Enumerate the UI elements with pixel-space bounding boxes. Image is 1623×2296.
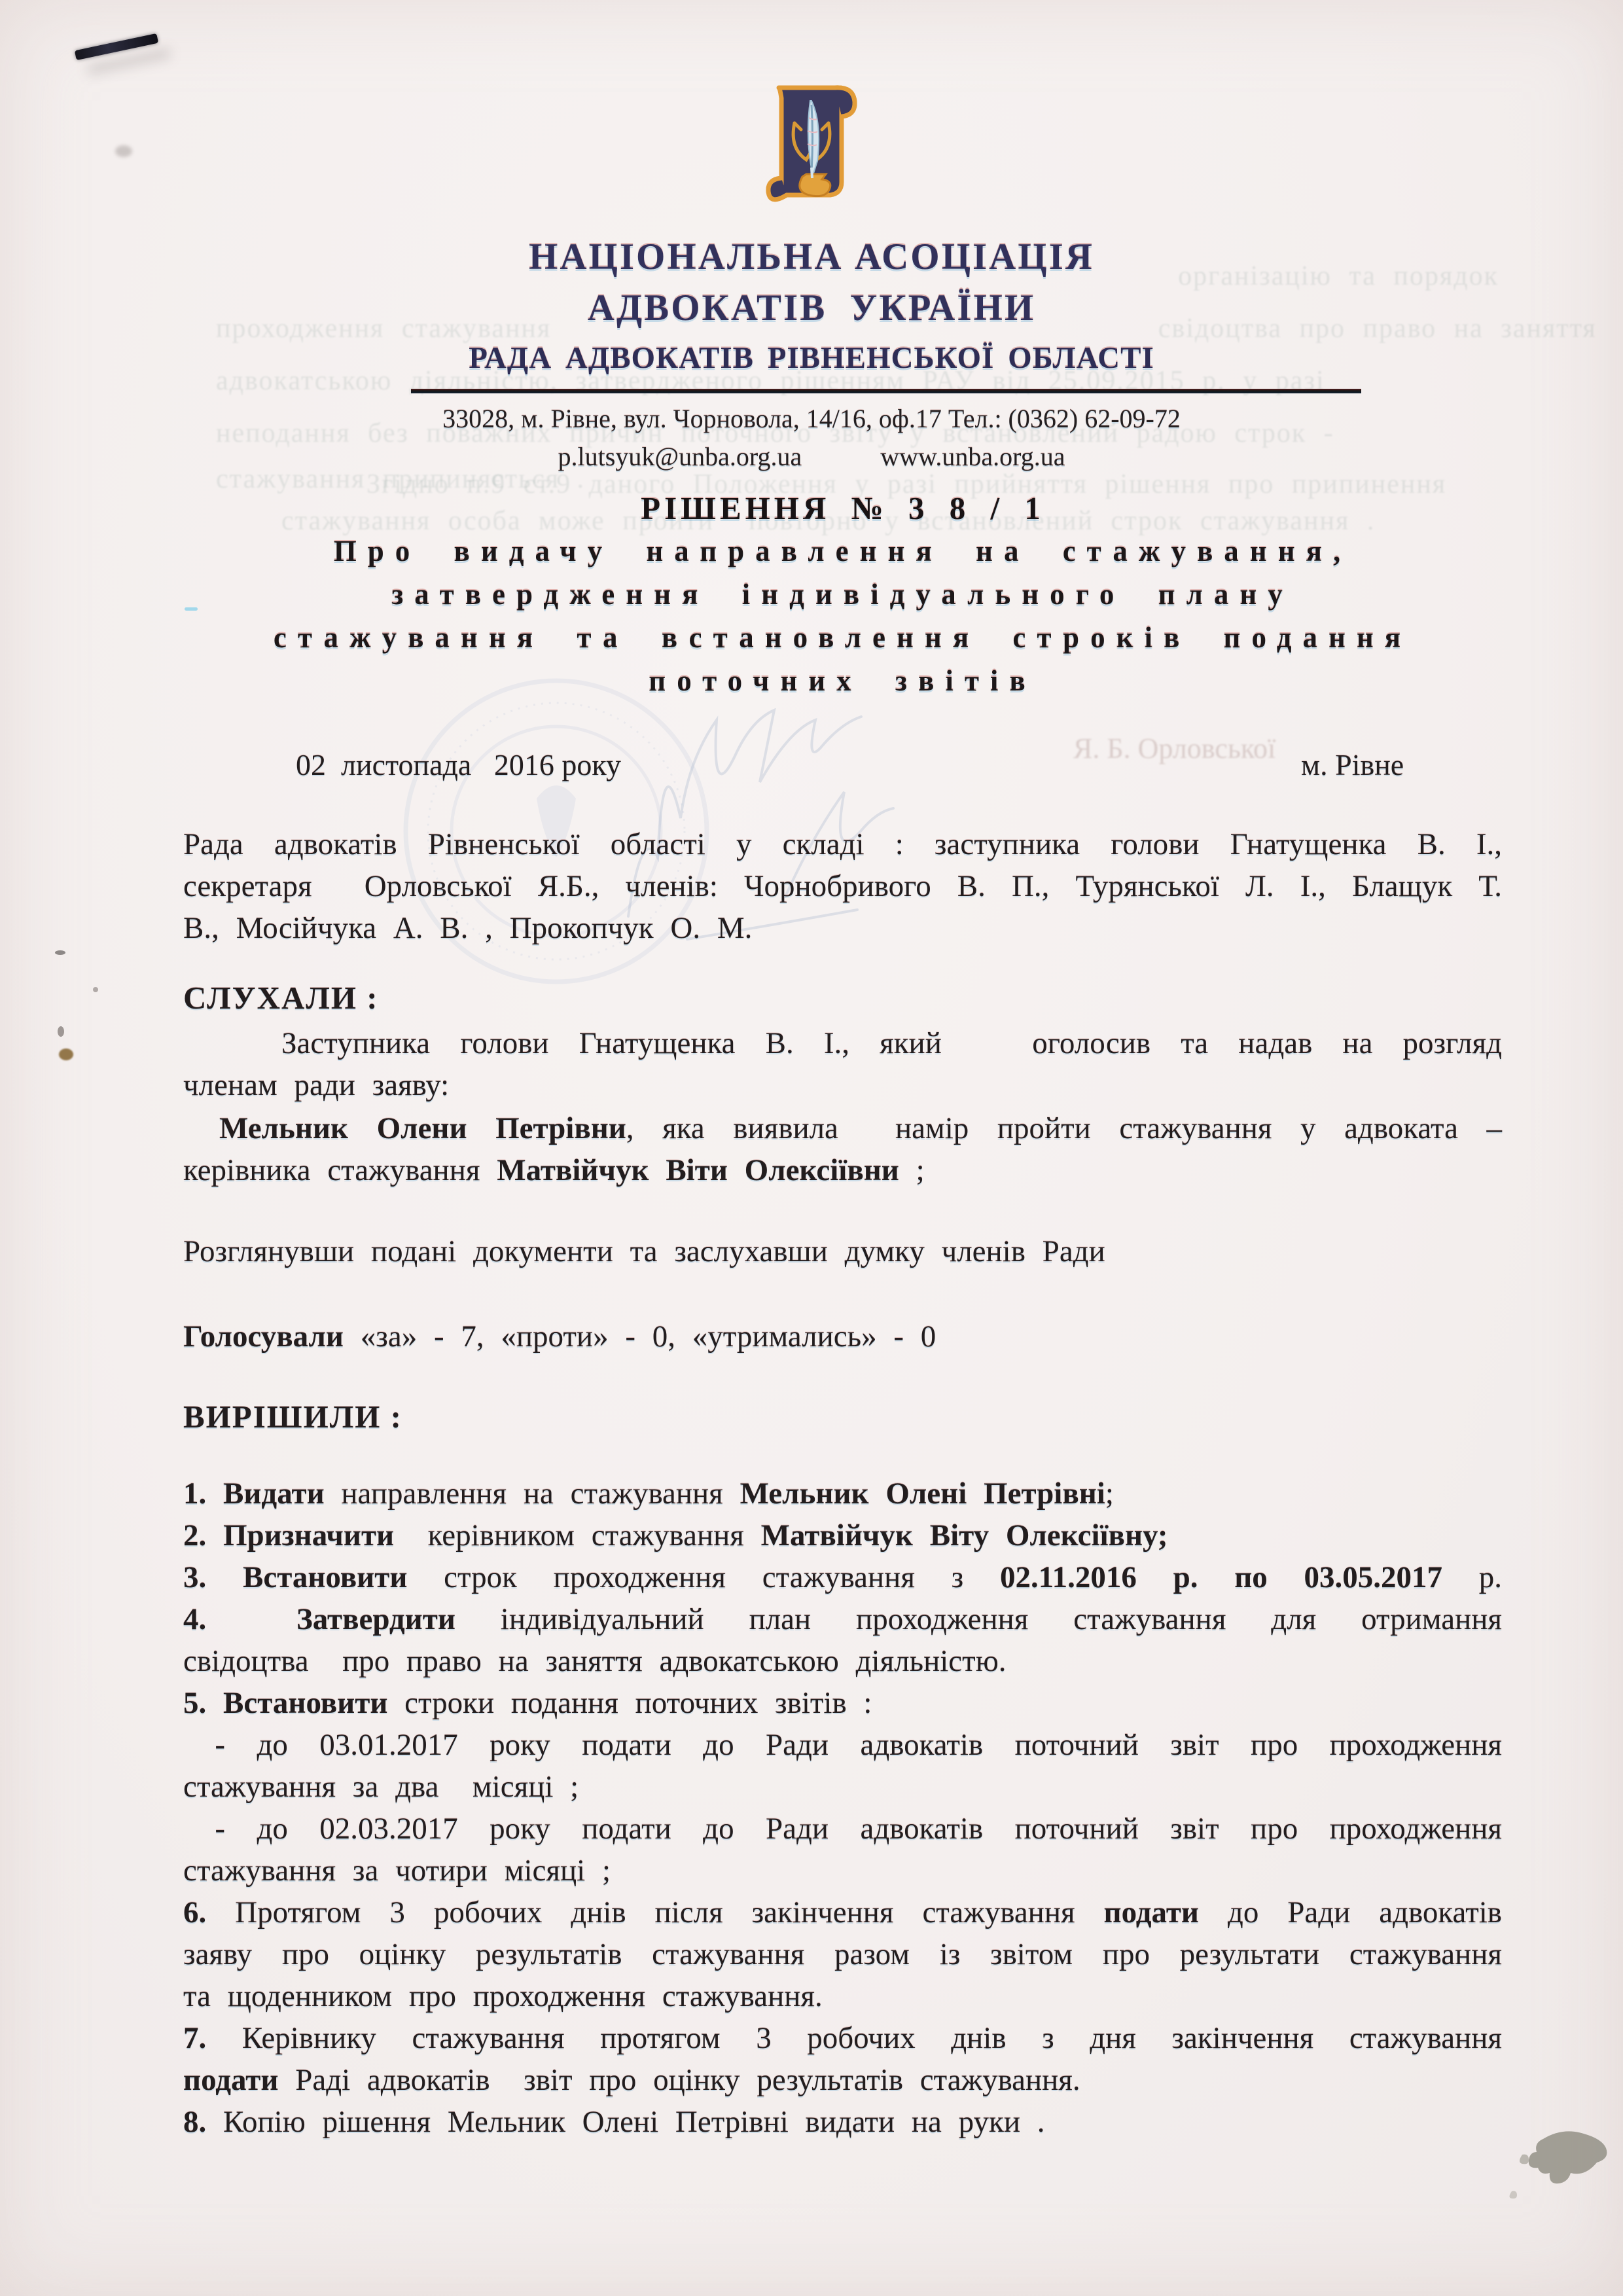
resolution-line: свідоцтва про право на заняття адвокатсь… [183, 1640, 1502, 1682]
dust-speck [185, 607, 198, 611]
header-divider [411, 389, 1361, 393]
resolution-line: 5. Встановити строки подання поточних зв… [183, 1682, 1502, 1724]
dust-speck [55, 950, 65, 955]
decision-subject-line: поточних звітів [183, 664, 1502, 698]
pen-mark [75, 33, 158, 60]
org-name-line3: РАДА АДВОКАТІВ РІВНЕНСЬКОЇ ОБЛАСТІ [0, 340, 1623, 376]
resolution-line: 2. Призначити керівником стажування Матв… [183, 1515, 1502, 1556]
resolution-line: стажування за два місяці ; [183, 1766, 1502, 1808]
heard-paragraph-1: Заступника голови Гнатущенка В. І., який… [183, 1022, 1502, 1106]
dust-speck [59, 1049, 73, 1060]
paragraph-line: Голосували «за» - 7, «проти» - 0, «утрим… [183, 1316, 1502, 1357]
resolution-line: - до 03.01.2017 року подати до Ради адво… [183, 1724, 1502, 1766]
resolution-line: подати Раді адвокатів звіт про оцінку ре… [183, 2059, 1502, 2101]
paragraph-line: членам ради заяву: [183, 1064, 1502, 1106]
resolution-line: - до 02.03.2017 року подати до Ради адво… [183, 1808, 1502, 1850]
unba-emblem-icon [754, 79, 870, 215]
considered-paragraph: Розглянувши подані документи та заслухав… [183, 1230, 1502, 1272]
paragraph-line: Розглянувши подані документи та заслухав… [183, 1230, 1502, 1272]
org-name-line1: НАЦІОНАЛЬНА АСОЦІАЦІЯ [0, 236, 1623, 278]
resolution-line: 1. Видати направлення на стажування Мель… [183, 1473, 1502, 1515]
heard-section-heading: СЛУХАЛИ : [183, 979, 1502, 1016]
resolution-line: 3. Встановити строк проходження стажуван… [183, 1556, 1502, 1598]
council-composition-paragraph: Рада адвокатів Рівненської області у скл… [183, 823, 1502, 949]
dust-speck [115, 145, 132, 157]
paragraph-line: керівника стажування Матвійчук Віти Олек… [183, 1149, 1502, 1191]
dust-speck [93, 987, 98, 992]
resolution-line: 7. Керівнику стажування протягом 3 робоч… [183, 2017, 1502, 2059]
heard-paragraph-2: Мельник Олени Петрівни, яка виявила намі… [183, 1107, 1502, 1191]
org-contacts: p.lutsyuk@unba.org.uawww.unba.org.ua [0, 441, 1623, 472]
paragraph-line: секретаря Орловської Я.Б., членів: Чорно… [183, 865, 1502, 907]
ink-smudge [1492, 2121, 1623, 2212]
dust-speck [58, 1026, 64, 1037]
paragraph-line: В., Мосійчука А. В. , Прокопчук О. М. [183, 907, 1502, 949]
bleed-through-signatory-name: Я. Б. Орловської [1073, 732, 1275, 765]
decision-place: м. Рівне [1301, 747, 1404, 782]
decision-subject-line: затвердження індивідуального плану [183, 577, 1502, 611]
resolution-line: та щоденником про проходження стажування… [183, 1975, 1502, 2017]
resolution-line: заяву про оцінку результатів стажування … [183, 1933, 1502, 1975]
paragraph-line: Мельник Олени Петрівни, яка виявила намі… [183, 1107, 1502, 1149]
decision-number-title: РІШЕННЯ № 3 8 / 1 [183, 490, 1502, 527]
voting-results-paragraph: Голосували «за» - 7, «проти» - 0, «утрим… [183, 1316, 1502, 1357]
resolution-line: 8. Копію рішення Мельник Олені Петрівні … [183, 2101, 1502, 2143]
org-email: p.lutsyuk@unba.org.ua [558, 442, 802, 471]
resolutions-list: 1. Видати направлення на стажування Мель… [183, 1473, 1502, 2143]
paragraph-line: Рада адвокатів Рівненської області у скл… [183, 823, 1502, 865]
resolution-line: 6. Протягом 3 робочих днів після закінче… [183, 1892, 1502, 1933]
decision-date: 02 листопада 2016 року [296, 747, 621, 782]
decision-subject-line: Про видачу направлення на стажування, [183, 534, 1502, 568]
resolution-line: стажування за чотири місяці ; [183, 1850, 1502, 1892]
org-website: www.unba.org.ua [880, 442, 1065, 471]
org-name-line2: АДВОКАТІВ УКРАЇНИ [0, 287, 1623, 329]
decision-subject-line: стажування та встановлення строків подан… [183, 620, 1502, 655]
decided-section-heading: ВИРІШИЛИ : [183, 1398, 1502, 1435]
org-address: 33028, м. Рівне, вул. Чорновола, 14/16, … [0, 403, 1623, 434]
paragraph-line: Заступника голови Гнатущенка В. І., який… [183, 1022, 1502, 1064]
resolution-line: 4. Затвердити індивідуальний план проход… [183, 1598, 1502, 1640]
scanned-document-page: організацію та порядок проходження стажу… [0, 0, 1623, 2296]
